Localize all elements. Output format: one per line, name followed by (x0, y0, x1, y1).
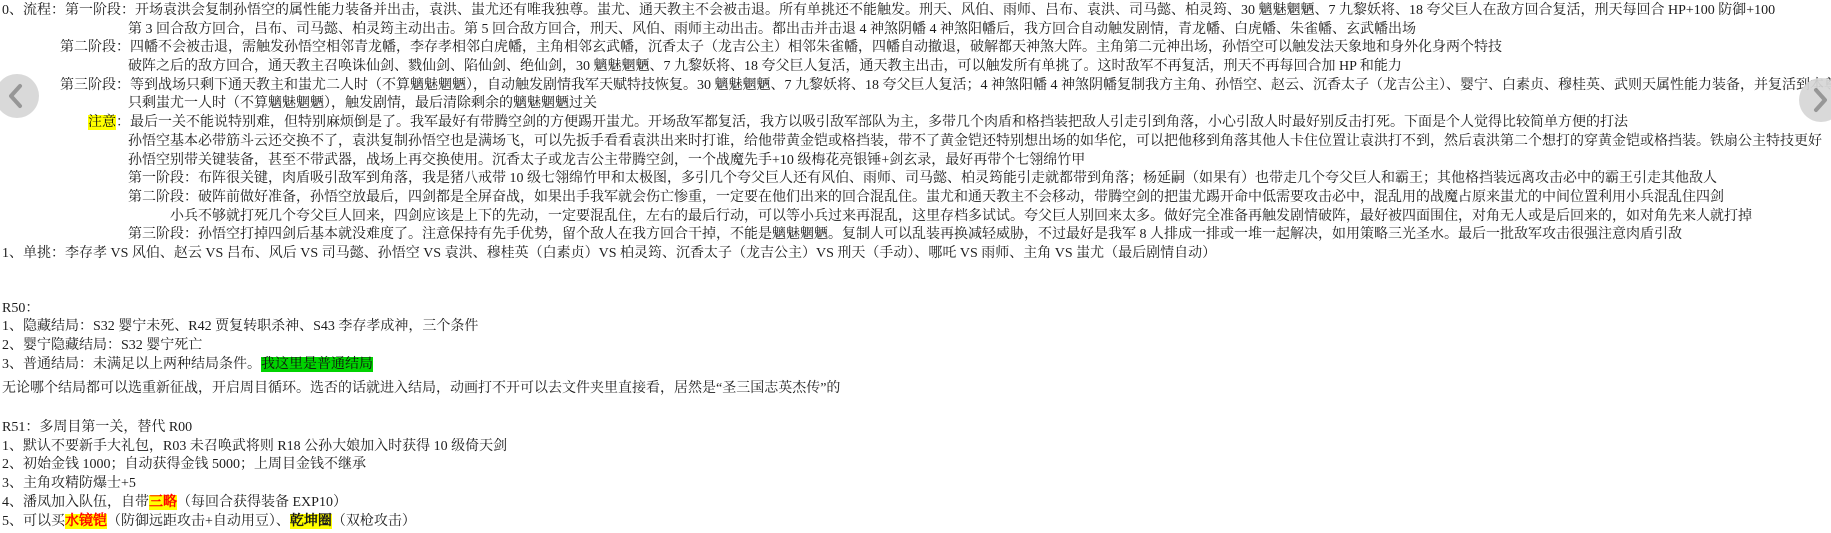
text-segment: 破阵之后的敌方回合，通天教主召唤诛仙剑、戮仙剑、陷仙剑、绝仙剑，30 魑魅魍魉、… (128, 59, 1402, 74)
text-line: 2、婴宁隐藏结局：S32 婴宁死亡 (0, 337, 1831, 356)
next-page-button[interactable] (1799, 78, 1831, 122)
text-segment: （双枪攻击） (332, 514, 416, 529)
text-segment: 第三阶段：孙悟空打掉四剑后基本就没难度了。注意保持有先手优势，留个敌人在我方回合… (128, 227, 1682, 242)
text-segment: （每回合获得装备 EXP10） (177, 495, 347, 510)
text-line: 1、默认不要新手大礼包，R03 未召唤武将则 R18 公孙大娘加入时获得 10 … (0, 438, 1831, 457)
text-line: 3、主角攻精防爆士+5 (0, 475, 1831, 494)
text-line: 0、流程：第一阶段：开场袁洪会复制孙悟空的属性能力装备并出击，袁洪、蚩尤还有唯我… (0, 2, 1831, 21)
text-segment: （防御远距攻击+自动用豆）、 (107, 514, 290, 529)
text-segment: 3、主角攻精防爆士+5 (2, 476, 136, 491)
text-segment: 5、可以买 (2, 514, 65, 529)
highlighted-text: 三略 (149, 495, 177, 510)
text-segment: 第二阶段：破阵前做好准备，孙悟空放最后，四剑都是全屏奋战，如果出手我军就会伤亡惨… (128, 190, 1724, 205)
text-segment: 1、隐藏结局：S32 婴宁未死、R42 贾复转职杀神、S43 李存孝成神，三个条… (2, 319, 478, 334)
highlighted-text: 注意 (88, 115, 116, 130)
text-segment: 3、普通结局：未满足以上两种结局条件。 (2, 357, 261, 372)
text-line: 第 3 回合敌方回合，吕布、司马懿、柏灵筠主动出击。第 5 回合敌方回合，刑天、… (0, 21, 1831, 40)
text-segment: 孙悟空别带关键装备，甚至不带武器，战场上再交换使用。沉香太子或龙吉公主带腾空剑，… (128, 153, 1085, 168)
text-line: 第一阶段：布阵很关键，肉盾吸引敌军到角落，我是猪八戒带 10 级七翎绵竹甲和太极… (0, 170, 1831, 189)
chevron-right-icon (1799, 78, 1831, 122)
text-line: 无论哪个结局都可以选重新征战，开启周目循环。选否的话就进入结局，动画打不开可以去… (0, 380, 1831, 399)
text-line: R50： (0, 300, 1831, 319)
text-segment: 2、婴宁隐藏结局：S32 婴宁死亡 (2, 338, 202, 353)
text-line: 小兵不够就打死几个夸父巨人回来，四剑应该是上下的先动，一定要混乱住，左右的最后行… (0, 208, 1831, 227)
text-line: R51：多周目第一关，替代 R00 (0, 419, 1831, 438)
text-line: 1、隐藏结局：S32 婴宁未死、R42 贾复转职杀神、S43 李存孝成神，三个条… (0, 318, 1831, 337)
chevron-left-icon (0, 74, 39, 118)
text-line: 第二阶段：四幡不会被击退，需触发孙悟空相邻青龙幡，李存孝相邻白虎幡，主角相邻玄武… (0, 39, 1831, 58)
highlighted-text: 我这里是普通结局 (261, 357, 373, 372)
highlighted-text: 乾坤圈 (290, 514, 332, 529)
text-segment: 小兵不够就打死几个夸父巨人回来，四剑应该是上下的先动，一定要混乱住，左右的最后行… (170, 209, 1752, 224)
text-line: 第三阶段：孙悟空打掉四剑后基本就没难度了。注意保持有先手优势，留个敌人在我方回合… (0, 226, 1831, 245)
text-segment: 1、单挑：李存孝 VS 风伯、赵云 VS 吕布、风后 VS 司马懿、孙悟空 VS… (2, 246, 1216, 261)
text-line: 3、普通结局：未满足以上两种结局条件。我这里是普通结局 (0, 356, 1831, 375)
text-segment: 0、流程：第一阶段：开场袁洪会复制孙悟空的属性能力装备并出击，袁洪、蚩尤还有唯我… (2, 3, 1775, 18)
prev-page-button[interactable] (0, 74, 39, 118)
text-segment: 只剩蚩尤一人时（不算魑魅魍魉），触发剧情，最后清除剩余的魑魅魍魉过关 (128, 96, 597, 111)
text-segment: 孙悟空基本必带筋斗云还交换不了，袁洪复制孙悟空也是满场飞，可以先扳手看看袁洪出来… (128, 134, 1822, 149)
text-segment: 第 3 回合敌方回合，吕布、司马懿、柏灵筠主动出击。第 5 回合敌方回合，刑天、… (128, 22, 1416, 37)
text-segment: 第一阶段：布阵很关键，肉盾吸引敌军到角落，我是猪八戒带 10 级七翎绵竹甲和太极… (128, 171, 1717, 186)
text-line: 只剩蚩尤一人时（不算魑魅魍魉），触发剧情，最后清除剩余的魑魅魍魉过关 (0, 95, 1831, 114)
text-segment: R50： (2, 301, 39, 316)
text-line: 4、潘凤加入队伍，自带三略（每回合获得装备 EXP10） (0, 494, 1831, 513)
text-line: 注意：最后一关不能说特别难，但特别麻烦倒是了。我军最好有带腾空剑的方便踢开蚩尤。… (0, 114, 1831, 133)
text-segment: 第三阶段：等到战场只剩下通天教主和蚩尤二人时（不算魑魅魍魉），自动触发剧情我军天… (60, 78, 1831, 93)
document-lines: 0、流程：第一阶段：开场袁洪会复制孙悟空的属性能力装备并出击，袁洪、蚩尤还有唯我… (0, 2, 1831, 531)
text-segment: 第二阶段：四幡不会被击退，需触发孙悟空相邻青龙幡，李存孝相邻白虎幡，主角相邻玄武… (60, 40, 1502, 55)
text-segment: R51：多周目第一关，替代 R00 (2, 420, 192, 435)
text-line: 2、初始金钱 1000；自动获得金钱 5000；上周目金钱不继承 (0, 456, 1831, 475)
text-segment: 2、初始金钱 1000；自动获得金钱 5000；上周目金钱不继承 (2, 457, 366, 472)
text-line: 5、可以买水镜铠（防御远距攻击+自动用豆）、乾坤圈（双枪攻击） (0, 513, 1831, 532)
highlighted-text: 水镜铠 (65, 514, 107, 529)
text-line: 破阵之后的敌方回合，通天教主召唤诛仙剑、戮仙剑、陷仙剑、绝仙剑，30 魑魅魍魉、… (0, 58, 1831, 77)
document: 0、流程：第一阶段：开场袁洪会复制孙悟空的属性能力装备并出击，袁洪、蚩尤还有唯我… (0, 2, 1831, 531)
text-line: 孙悟空基本必带筋斗云还交换不了，袁洪复制孙悟空也是满场飞，可以先扳手看看袁洪出来… (0, 133, 1831, 152)
text-line: 第三阶段：等到战场只剩下通天教主和蚩尤二人时（不算魑魅魍魉），自动触发剧情我军天… (0, 77, 1831, 96)
text-line: 第二阶段：破阵前做好准备，孙悟空放最后，四剑都是全屏奋战，如果出手我军就会伤亡惨… (0, 189, 1831, 208)
text-line: 孙悟空别带关键装备，甚至不带武器，战场上再交换使用。沉香太子或龙吉公主带腾空剑，… (0, 152, 1831, 171)
text-segment: 1、默认不要新手大礼包，R03 未召唤武将则 R18 公孙大娘加入时获得 10 … (2, 439, 507, 454)
text-line: 1、单挑：李存孝 VS 风伯、赵云 VS 吕布、风后 VS 司马懿、孙悟空 VS… (0, 245, 1831, 264)
text-segment: 4、潘凤加入队伍，自带 (2, 495, 149, 510)
text-segment: ：最后一关不能说特别难，但特别麻烦倒是了。我军最好有带腾空剑的方便踢开蚩尤。开场… (116, 115, 1628, 130)
text-segment: 无论哪个结局都可以选重新征战，开启周目循环。选否的话就进入结局，动画打不开可以去… (2, 381, 840, 396)
